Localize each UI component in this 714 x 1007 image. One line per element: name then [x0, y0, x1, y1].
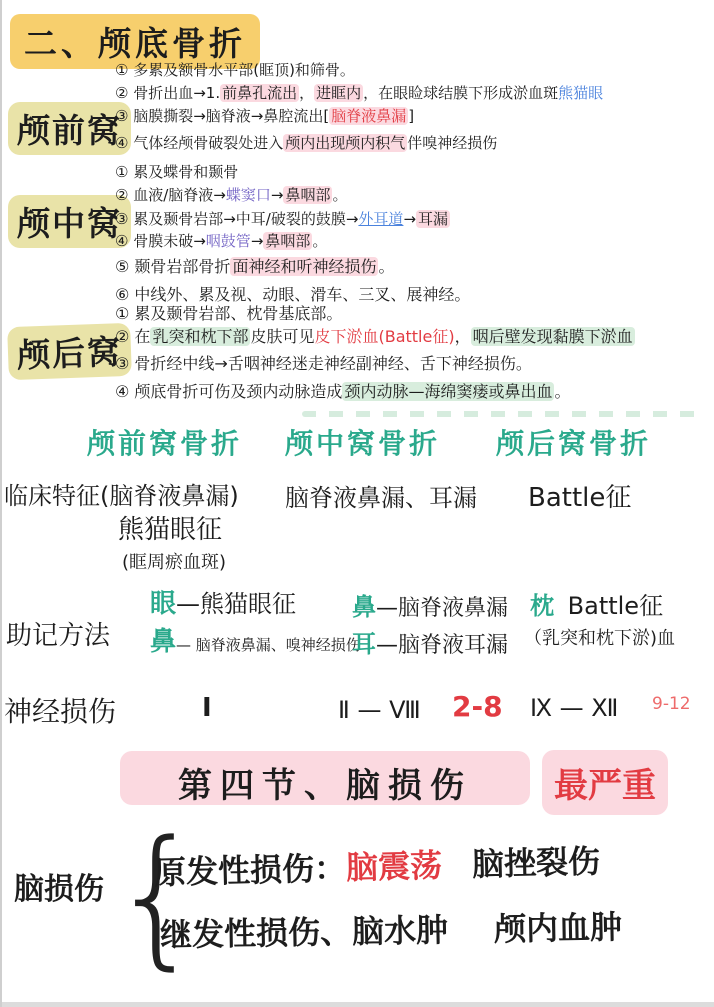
- pink-highlight-term: 颅内出现颅内积气: [283, 134, 407, 152]
- clinical-row-front: 临床特征(脑脊液鼻漏): [4, 476, 239, 511]
- blue-term-ear-canal: 外耳道: [358, 210, 403, 228]
- page-bottom-edge: [2, 1002, 714, 1007]
- pink-highlight-term: 面神经和听神经损伤: [230, 257, 378, 276]
- mnemonic-key-eye: 眼: [150, 589, 176, 619]
- clinical-front-value: (脑脊液鼻漏): [100, 482, 239, 510]
- mnemonic-posterior: 枕 Battle征: [530, 586, 663, 621]
- nerve-row-label: 神经损伤: [4, 690, 116, 730]
- pink-highlight-term: 鼻咽部: [263, 232, 312, 250]
- blue-term-panda-eye: 熊猫眼: [558, 84, 603, 102]
- front-item-4: ④ 气体经颅骨破裂处进入颅内出现颅内积气伴嗅神经损伤: [115, 133, 497, 154]
- red-term-csf-rhinorrhea: 脑脊液鼻漏: [329, 107, 408, 125]
- front-item-3: ③ 脑膜撕裂→脑脊液→鼻腔流出[脑脊液鼻漏]: [115, 106, 414, 127]
- severity-badge: 最严重: [542, 750, 668, 815]
- pink-highlight-term: 鼻咽部: [283, 186, 332, 204]
- highlight-bleed-through: [302, 411, 702, 417]
- green-highlight-term: 咽后壁发现黏膜下淤血: [471, 327, 635, 346]
- front-item-2: ② 骨折出血→1.前鼻孔流出，进眶内，在眼睑球结膜下形成淤血斑熊猫眼: [115, 83, 603, 104]
- pink-highlight-term: 前鼻孔流出: [220, 84, 299, 102]
- posterior-item-4: ④ 颅底骨折可伤及颈内动脉造成颈内动脉—海绵窦瘘或鼻出血。: [115, 381, 570, 403]
- posterior-item-2: ② 在乳突和枕下部皮肤可见皮下淤血(Battle征)，咽后壁发现黏膜下淤血: [115, 326, 635, 348]
- posterior-item-3: ③ 骨折经中线→舌咽神经迷走神经副神经、舌下神经损伤。: [115, 353, 532, 375]
- middle-item-3: ③ 累及颞骨岩部→中耳/破裂的鼓膜→外耳道→耳漏: [115, 209, 450, 230]
- clinical-middle-value: 脑脊液鼻漏、耳漏: [285, 478, 477, 513]
- posterior-item-1: ① 累及颞骨岩部、枕骨基底部。: [115, 303, 342, 325]
- mnemonic-key-nose: 鼻: [150, 627, 176, 657]
- front-item-1: ① 多累及额骨水平部(眶顶)和筛骨。: [115, 60, 355, 81]
- mnemonic-middle-ear: 耳—脑脊液耳漏: [352, 624, 508, 659]
- mnemonic-front-eye: 眼—熊猫眼征: [150, 583, 296, 620]
- primary-injury-line: 原发性损伤：脑震荡脑挫裂伤: [153, 836, 600, 894]
- nerve-middle-number: 2-8: [452, 690, 503, 723]
- section-label-posterior-fossa: 颅后窝: [7, 323, 132, 380]
- mnemonic-key-nose: 鼻: [352, 593, 376, 621]
- mnemonic-key-ear: 耳: [352, 630, 376, 658]
- mnemonic-key-occiput: 枕: [530, 592, 554, 620]
- chapter-heading-band: 第四节、脑损伤: [120, 751, 530, 805]
- secondary-injury-line: 继发性损伤、脑水肿颅内血肿: [160, 902, 623, 956]
- middle-item-5: ⑤ 颞骨岩部骨折面神经和听神经损伤。: [115, 256, 394, 278]
- brain-injury-label: 脑损伤: [14, 864, 104, 908]
- mnemonic-posterior-note: （乳突和枕下淤)血: [524, 624, 675, 650]
- purple-term-eustachian-tube: 咽鼓管: [206, 232, 251, 250]
- middle-item-2: ② 血液/脑脊液→蝶窦口→鼻咽部。: [115, 185, 347, 206]
- clinical-front-note: (眶周瘀血斑): [122, 548, 226, 574]
- nerve-middle-numeral: Ⅱ — Ⅷ: [338, 696, 421, 724]
- clinical-row-label: 临床特征: [4, 482, 100, 510]
- compare-header-middle: 颅中窝骨折: [285, 422, 440, 462]
- purple-term-sphenoid-ostium: 蝶窦口: [226, 186, 271, 204]
- nerve-posterior-number: 9-12: [652, 694, 691, 714]
- red-term-concussion: 脑震荡: [346, 846, 443, 887]
- green-highlight-term: 颈内动脉—海绵窦瘘或鼻出血: [342, 382, 554, 401]
- clinical-posterior-value: Battle征: [528, 477, 631, 514]
- compare-header-front: 颅前窝骨折: [87, 422, 242, 462]
- chapter-heading: 第四节、脑损伤: [120, 758, 530, 807]
- pink-highlight-term: 耳漏: [416, 210, 450, 228]
- mnemonic-middle-nose: 鼻—脑脊液鼻漏: [352, 587, 508, 622]
- section-label-front-fossa: 颅前窝: [8, 102, 131, 155]
- pink-highlight-term: 进眶内: [314, 84, 363, 102]
- green-highlight-term: 乳突和枕下部: [150, 327, 250, 346]
- mnemonic-front-nose: 鼻— 脑脊液鼻漏、嗅神经损伤: [150, 621, 361, 658]
- notes-page: 二、颅底骨折 颅前窝 颅中窝 颅后窝 ① 多累及额骨水平部(眶顶)和筛骨。 ② …: [0, 0, 714, 1007]
- nerve-front-numeral: Ⅰ: [202, 693, 212, 723]
- middle-item-1: ① 累及蝶骨和颞骨: [115, 162, 238, 183]
- section-label-middle-fossa: 颅中窝: [8, 195, 131, 248]
- nerve-posterior-numeral: Ⅸ — Ⅻ: [530, 694, 618, 722]
- middle-item-4: ④ 骨膜未破→咽鼓管→鼻咽部。: [115, 231, 327, 252]
- compare-header-posterior: 颅后窝骨折: [496, 422, 651, 462]
- front-item-2-text: ② 骨折出血→1.: [115, 84, 220, 102]
- red-term-battle-sign: 皮下淤血(Battle征): [314, 327, 454, 346]
- mnemonic-row-label: 助记方法: [6, 615, 110, 652]
- clinical-front-sign: 熊猫眼征: [118, 509, 222, 546]
